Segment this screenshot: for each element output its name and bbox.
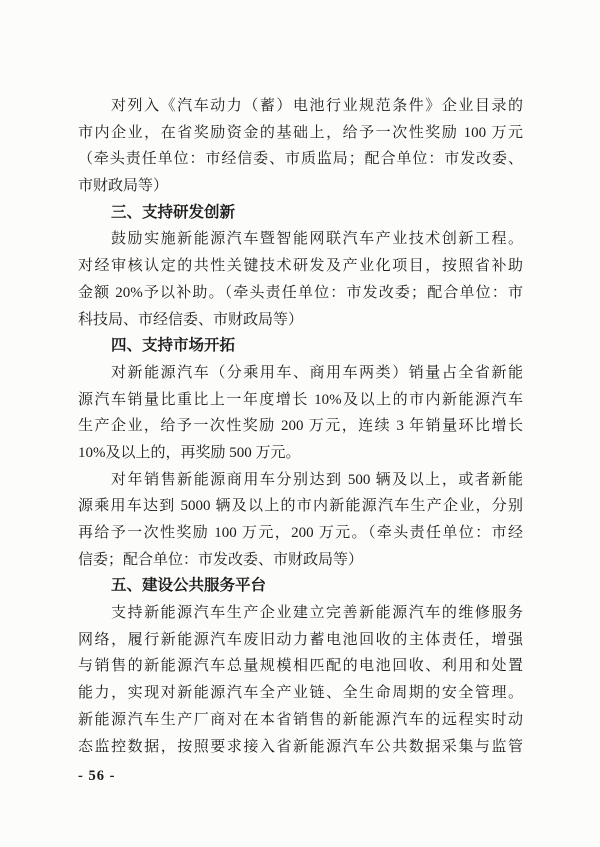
text-line: 市财政局等） [78,173,523,200]
text-line: 10%及以上的，再奖励 500 万元。 [78,440,523,467]
section-heading: 三、支持研发创新 [78,200,523,227]
text-line: 对年销售新能源商用车分别达到 500 辆及以上，或者新能 [78,467,523,494]
text-line: 态监控数据，按照要求接入省新能源汽车公共数据采集与监管 [78,734,523,761]
text-line: 对经审核认定的共性关键技术研发及产业化项目，按照省补助 [78,253,523,280]
page-number: - 56 - [78,768,115,785]
section-heading: 四、支持市场开拓 [78,333,523,360]
document-page: 对列入《汽车动力（蓄）电池行业规范条件》企业目录的市内企业，在省奖励资金的基础上… [0,0,600,847]
text-line: 对列入《汽车动力（蓄）电池行业规范条件》企业目录的 [78,93,523,120]
text-line: 支持新能源汽车生产企业建立完善新能源汽车的维修服务 [78,600,523,627]
text-line: 新能源汽车生产厂商对在本省销售的新能源汽车的远程实时动 [78,707,523,734]
text-line: 科技局、市经信委、市财政局等） [78,307,523,334]
text-line: 信委；配合单位：市发改委、市财政局等） [78,547,523,574]
text-line: 再给予一次性奖励 100 万元，200 万元。（牵头责任单位：市经 [78,520,523,547]
text-line: 与销售的新能源汽车总量规模相匹配的电池回收、利用和处置 [78,653,523,680]
section-heading: 五、建设公共服务平台 [78,573,523,600]
document-body: 对列入《汽车动力（蓄）电池行业规范条件》企业目录的市内企业，在省奖励资金的基础上… [78,93,523,760]
text-line: 生产企业，给予一次性奖励 200 万元，连续 3 年销量环比增长 [78,413,523,440]
text-line: 市内企业，在省奖励资金的基础上，给予一次性奖励 100 万元 [78,120,523,147]
text-line: 鼓励实施新能源汽车暨智能网联汽车产业技术创新工程。 [78,226,523,253]
text-line: 网络，履行新能源汽车废旧动力蓄电池回收的主体责任，增强 [78,627,523,654]
text-line: （牵头责任单位：市经信委、市质监局；配合单位：市发改委、 [78,146,523,173]
text-line: 源汽车销量比重比上一年度增长 10%及以上的市内新能源汽车 [78,387,523,414]
text-line: 金额 20%予以补助。（牵头责任单位：市发改委；配合单位：市 [78,280,523,307]
text-line: 能力，实现对新能源汽车全产业链、全生命周期的安全管理。 [78,680,523,707]
text-line: 对新能源汽车（分乘用车、商用车两类）销量占全省新能 [78,360,523,387]
text-line: 源乘用车达到 5000 辆及以上的市内新能源汽车生产企业，分别 [78,493,523,520]
